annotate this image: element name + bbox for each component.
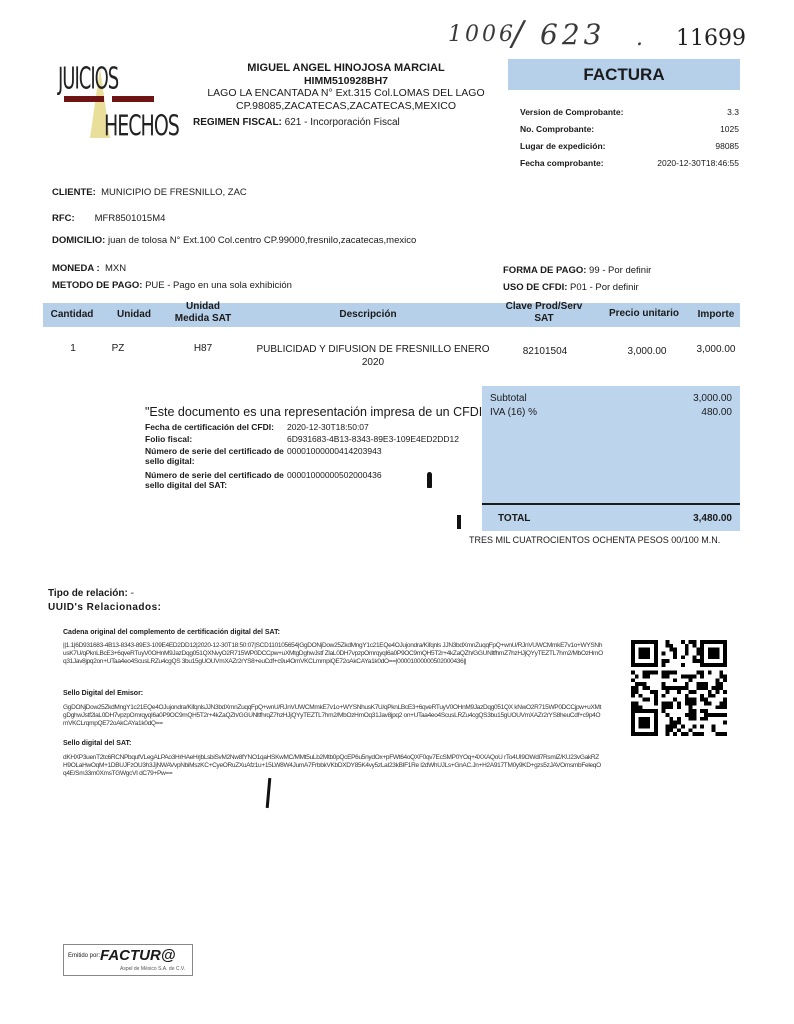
regimen-label: REGIMEN FISCAL:	[193, 117, 282, 128]
cfdi-field-label: Fecha de certificación del CFDI:	[145, 422, 287, 432]
cfdi-field-label: Número de serie del certificado de sello…	[145, 470, 287, 490]
col-description: Descripción	[263, 309, 473, 320]
cfdi-use-value: P01 - Por definir	[570, 282, 639, 293]
payment-method-value: PUE - Pago en una sola exhibición	[145, 280, 292, 291]
iva-label: IVA (16) %	[490, 407, 537, 418]
col-unit: Unidad	[105, 309, 163, 320]
cfdi-field: Número de serie del certificado de sello…	[145, 446, 487, 466]
row-quantity: 1	[53, 343, 93, 354]
related-uuids-label: UUID's Relacionados:	[48, 602, 162, 613]
relation-type: Tipo de relación: -	[48, 588, 134, 599]
totals-box: Subtotal 3,000.00 IVA (16) % 480.00 TOTA…	[482, 386, 740, 531]
client-address-value: juan de tolosa N° Ext.100 Col.centro CP.…	[108, 235, 416, 246]
issuer-rfc: HIMM510928BH7	[196, 75, 496, 88]
issued-by-badge: Emitido por: FACTUR@ Aspel de México S.A…	[63, 944, 193, 976]
logo-top-word: JUICIOS	[58, 60, 118, 96]
subtotal-value: 3,000.00	[693, 393, 732, 404]
cfdi-field: Fecha de certificación del CFDI:2020-12-…	[145, 422, 487, 432]
payment-method-line: METODO DE PAGO: PUE - Pago en una sola e…	[52, 280, 292, 291]
currency-value: MXN	[105, 263, 126, 274]
ink-mark	[457, 515, 461, 529]
regimen-fiscal: REGIMEN FISCAL: 621 - Incorporación Fisc…	[193, 117, 400, 128]
client-address-label: DOMICILIO:	[52, 235, 105, 246]
meta-value: 2020-12-30T18:46:55	[657, 158, 739, 168]
client-address-line: DOMICILIO: juan de tolosa N° Ext.100 Col…	[52, 235, 416, 246]
total-in-words: TRES MIL CUATROCIENTOS OCHENTA PESOS 00/…	[469, 535, 720, 545]
issuer-software-company: Aspel de México S.A. de C.V.	[120, 966, 185, 972]
client-value: MUNICIPIO DE FRESNILLO, ZAC	[101, 187, 247, 198]
client-rfc-value: MFR8501015M4	[95, 213, 166, 224]
currency-line: MONEDA : MXN	[52, 263, 126, 274]
col-unit-price: Precio unitario	[601, 308, 687, 319]
row-unit-sat: H87	[183, 343, 223, 354]
cfdi-field: Folio fiscal:6D931683-4B13-8343-89E3-109…	[145, 434, 487, 444]
items-table-header: Cantidad Unidad Unidad Medida SAT Descri…	[43, 303, 740, 327]
row-amount: 3,000.00	[691, 344, 741, 355]
regimen-value: 621 - Incorporación Fiscal	[285, 117, 400, 128]
meta-row-number: No. Comprobante:1025	[520, 120, 739, 137]
col-amount: Importe	[691, 309, 741, 320]
handwritten-number: 11699	[676, 26, 746, 51]
cfdi-field-label: Número de serie del certificado de sello…	[145, 446, 287, 466]
total-label: TOTAL	[498, 513, 530, 524]
cadena-original-text: ||1.1|6D931683-4B13-8343-89E3-109E4ED2DD…	[63, 642, 603, 667]
issuer-name: MIGUEL ANGEL HINOJOSA MARCIAL	[196, 62, 496, 75]
sat-seal-text: dKHXP3uenT2tc6RCNPbqufVLegALPAo3HrHAeHrj…	[63, 754, 603, 779]
cfdi-field-value: 6D931683-4B13-8343-89E3-109E4ED2DD12	[287, 434, 459, 444]
cfdi-statement: "Este documento es una representación im…	[145, 405, 487, 419]
iva-value: 480.00	[701, 407, 732, 418]
row-product-key: 82101504	[505, 346, 585, 357]
meta-label: Lugar de expedición:	[520, 141, 606, 151]
handwritten-ref-left: 1006	[448, 22, 516, 47]
ink-mark	[427, 472, 432, 488]
client-name-line: CLIENTE: MUNICIPIO DE FRESNILLO, ZAC	[52, 187, 247, 198]
issuer-address-line2: CP.98085,ZACATECAS,ZACATECAS,MEXICO	[196, 100, 496, 113]
cfdi-certification: "Este documento es una representación im…	[145, 405, 487, 492]
cfdi-use-label: USO DE CFDI:	[503, 282, 567, 293]
issuer-block: MIGUEL ANGEL HINOJOSA MARCIAL HIMM510928…	[196, 62, 496, 112]
qr-code-icon	[631, 640, 727, 736]
cfdi-field-value: 00001000000502000436	[287, 470, 382, 490]
invoice-title: FACTURA	[508, 59, 740, 90]
col-unit-sat: Unidad Medida SAT	[173, 301, 233, 325]
client-label: CLIENTE:	[52, 187, 96, 198]
total-value: 3,480.00	[693, 513, 732, 524]
col-quantity: Cantidad	[43, 309, 101, 320]
sat-seal-title: Sello digital del SAT:	[63, 740, 131, 747]
row-unit-price: 3,000.00	[609, 346, 685, 357]
meta-value: 1025	[720, 124, 739, 134]
cfdi-field-value: 00001000000414203943	[287, 446, 382, 466]
currency-label: MONEDA :	[52, 263, 100, 274]
cfdi-use-line: USO DE CFDI: P01 - Por definir	[503, 282, 639, 293]
row-description: PUBLICIDAD Y DIFUSION DE FRESNILLO ENERO…	[253, 343, 493, 369]
handwritten-dot: .	[636, 26, 643, 51]
cfdi-field: Número de serie del certificado de sello…	[145, 470, 487, 490]
cfdi-field-value: 2020-12-30T18:50:07	[287, 422, 369, 432]
cfdi-field-label: Folio fiscal:	[145, 434, 287, 444]
client-rfc-line: RFC: MFR8501015M4	[52, 213, 165, 224]
payment-form-label: FORMA DE PAGO:	[503, 265, 586, 276]
meta-value: 98085	[715, 141, 739, 151]
relation-type-label: Tipo de relación:	[48, 588, 128, 599]
payment-method-label: METODO DE PAGO:	[52, 280, 142, 291]
ink-mark	[266, 778, 272, 808]
logo-bottom-word: HECHOS	[104, 110, 179, 143]
cadena-original-title: Cadena original del complemento de certi…	[63, 629, 280, 636]
client-rfc-label: RFC:	[52, 213, 92, 224]
emisor-seal-text: GgDONjDow25ZkdMngY1c21EQe4OJujondra/Kifq…	[63, 704, 603, 729]
subtotal-label: Subtotal	[490, 393, 527, 404]
issuer-software-brand: FACTUR@	[100, 947, 175, 964]
meta-label: No. Comprobante:	[520, 124, 594, 134]
payment-form-line: FORMA DE PAGO: 99 - Por definir	[503, 265, 651, 276]
meta-value: 3.3	[727, 107, 739, 117]
meta-row-place: Lugar de expedición:98085	[520, 137, 739, 154]
logo-bar-left	[64, 96, 104, 102]
issuer-address-line1: LAGO LA ENCANTADA N° Ext.315 Col.LOMAS D…	[196, 87, 496, 100]
handwritten-ref-right: 623	[540, 18, 605, 51]
row-unit: PZ	[98, 343, 138, 354]
meta-row-date: Fecha comprobante:2020-12-30T18:46:55	[520, 154, 739, 171]
payment-form-value: 99 - Por definir	[589, 265, 651, 276]
meta-label: Fecha comprobante:	[520, 158, 604, 168]
relation-type-value: -	[131, 588, 134, 599]
issued-by-label: Emitido por:	[68, 953, 100, 959]
emisor-seal-title: Sello Digital del Emisor:	[63, 690, 143, 697]
meta-row-version: Version de Comprobante:3.3	[520, 103, 739, 120]
handwritten-slash: /	[512, 14, 523, 54]
col-product-key: Clave Prod/Serv SAT	[499, 301, 589, 325]
qr-code	[631, 640, 727, 736]
company-logo: JUICIOS HECHOS	[52, 58, 157, 153]
meta-label: Version de Comprobante:	[520, 107, 623, 117]
invoice-meta: Version de Comprobante:3.3 No. Comproban…	[520, 103, 739, 171]
totals-divider	[482, 503, 740, 505]
logo-bar-right	[112, 96, 154, 102]
